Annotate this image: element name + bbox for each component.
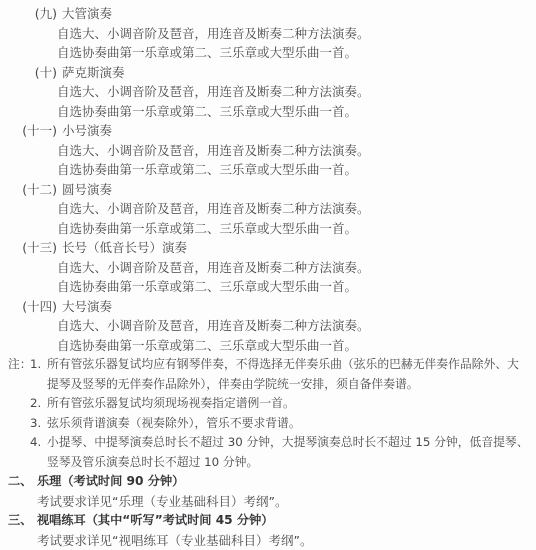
section-requirement-line: 自选协奏曲第一乐章或第二、三乐章或大型乐曲一首。	[8, 160, 530, 180]
section-header: (十一) 小号演奏	[8, 121, 530, 141]
section-requirement-line: 自选协奏曲第一乐章或第二、三乐章或大型乐曲一首。	[8, 102, 530, 122]
note-number: 4.	[30, 433, 47, 472]
section-14: (十四) 大号演奏 自选大、小调音阶及琶音，用连音及断奏二种方法演奏。 自选协奏…	[8, 297, 530, 356]
section-header: (十三) 长号（低音长号）演奏	[8, 238, 530, 258]
section-title: 大管演奏	[57, 4, 112, 24]
notes-label-spacer	[8, 414, 30, 434]
section-title: 大号演奏	[57, 297, 112, 317]
bottom-section-heading: 二、 乐理（考试时间 90 分钟）	[8, 472, 530, 492]
note-number: 3.	[30, 414, 47, 434]
note-text: 所有管弦乐器复试均应有钢琴伴奏，不得选择无伴奏乐曲（弦乐的巴赫无伴奏作品除外、大…	[47, 355, 530, 394]
section-title: 小号演奏	[57, 121, 112, 141]
section-requirement-line: 自选大、小调音阶及琶音，用连音及断奏二种方法演奏。	[8, 199, 530, 219]
section-requirement-line: 自选大、小调音阶及琶音，用连音及断奏二种方法演奏。	[8, 316, 530, 336]
section-header: (十二) 圆号演奏	[8, 180, 530, 200]
notes-block: 注： 1. 所有管弦乐器复试均应有钢琴伴奏，不得选择无伴奏乐曲（弦乐的巴赫无伴奏…	[8, 355, 530, 472]
note-text: 弦乐须背谱演奏（视奏除外），管乐不要求背谱。	[47, 414, 530, 434]
notes-label-spacer	[8, 394, 30, 414]
section-requirement-line: 自选大、小调音阶及琶音，用连音及断奏二种方法演奏。	[8, 24, 530, 44]
bottom-section-number: 二、	[8, 472, 37, 492]
section-number: (十二)	[8, 180, 57, 200]
section-requirement-line: 自选大、小调音阶及琶音，用连音及断奏二种方法演奏。	[8, 258, 530, 278]
section-13: (十三) 长号（低音长号）演奏 自选大、小调音阶及琶音，用连音及断奏二种方法演奏…	[8, 238, 530, 297]
bottom-section-3: 三、 视唱练耳（其中“听写”考试时间 45 分钟） 考试要求详见“视唱练耳（专业…	[8, 511, 530, 550]
bottom-section-number: 三、	[8, 511, 37, 531]
bottom-section-heading: 三、 视唱练耳（其中“听写”考试时间 45 分钟）	[8, 511, 530, 531]
note-text: 所有管弦乐器复试均须现场视奏指定谱例一首。	[47, 394, 530, 414]
section-number: (十)	[8, 63, 57, 83]
section-11: (十一) 小号演奏 自选大、小调音阶及琶音，用连音及断奏二种方法演奏。 自选协奏…	[8, 121, 530, 180]
section-requirement-line: 自选协奏曲第一乐章或第二、三乐章或大型乐曲一首。	[8, 219, 530, 239]
section-header: (十) 萨克斯演奏	[8, 63, 530, 83]
section-title: 圆号演奏	[57, 180, 112, 200]
section-header: (十四) 大号演奏	[8, 297, 530, 317]
section-number: (十三)	[8, 238, 57, 258]
note-number: 2.	[30, 394, 47, 414]
bottom-section-body: 考试要求详见“乐理（专业基础科目）考纲”。	[8, 492, 530, 512]
document-page: (九) 大管演奏 自选大、小调音阶及琶音，用连音及断奏二种方法演奏。 自选协奏曲…	[0, 0, 536, 550]
section-requirement-line: 自选协奏曲第一乐章或第二、三乐章或大型乐曲一首。	[8, 336, 530, 356]
section-requirement-line: 自选大、小调音阶及琶音，用连音及断奏二种方法演奏。	[8, 82, 530, 102]
section-requirement-line: 自选协奏曲第一乐章或第二、三乐章或大型乐曲一首。	[8, 43, 530, 63]
section-10: (十) 萨克斯演奏 自选大、小调音阶及琶音，用连音及断奏二种方法演奏。 自选协奏…	[8, 63, 530, 122]
section-12: (十二) 圆号演奏 自选大、小调音阶及琶音，用连音及断奏二种方法演奏。 自选协奏…	[8, 180, 530, 239]
section-number: (九)	[8, 4, 57, 24]
note-item-2: 2. 所有管弦乐器复试均须现场视奏指定谱例一首。	[8, 394, 530, 414]
note-item-1: 注： 1. 所有管弦乐器复试均应有钢琴伴奏，不得选择无伴奏乐曲（弦乐的巴赫无伴奏…	[8, 355, 530, 394]
section-number: (十一)	[8, 121, 57, 141]
section-requirement-line: 自选协奏曲第一乐章或第二、三乐章或大型乐曲一首。	[8, 277, 530, 297]
bottom-section-body: 考试要求详见“视唱练耳（专业基础科目）考纲”。	[8, 531, 530, 550]
note-text: 小提琴、中提琴演奏总时长不超过 30 分钟，大提琴演奏总时长不超过 15 分钟，…	[47, 433, 530, 472]
note-item-3: 3. 弦乐须背谱演奏（视奏除外），管乐不要求背谱。	[8, 414, 530, 434]
note-item-4: 4. 小提琴、中提琴演奏总时长不超过 30 分钟，大提琴演奏总时长不超过 15 …	[8, 433, 530, 472]
notes-label-spacer	[8, 433, 30, 472]
bottom-section-2: 二、 乐理（考试时间 90 分钟） 考试要求详见“乐理（专业基础科目）考纲”。	[8, 472, 530, 511]
section-9: (九) 大管演奏 自选大、小调音阶及琶音，用连音及断奏二种方法演奏。 自选协奏曲…	[8, 4, 530, 63]
bottom-section-title: 乐理（考试时间 90 分钟）	[37, 472, 530, 492]
note-number: 1.	[30, 355, 47, 394]
bottom-section-title: 视唱练耳（其中“听写”考试时间 45 分钟）	[37, 511, 530, 531]
section-title: 萨克斯演奏	[57, 63, 125, 83]
section-title: 长号（低音长号）演奏	[57, 238, 187, 258]
notes-label: 注：	[8, 355, 30, 394]
section-header: (九) 大管演奏	[8, 4, 530, 24]
section-requirement-line: 自选大、小调音阶及琶音，用连音及断奏二种方法演奏。	[8, 141, 530, 161]
section-number: (十四)	[8, 297, 57, 317]
